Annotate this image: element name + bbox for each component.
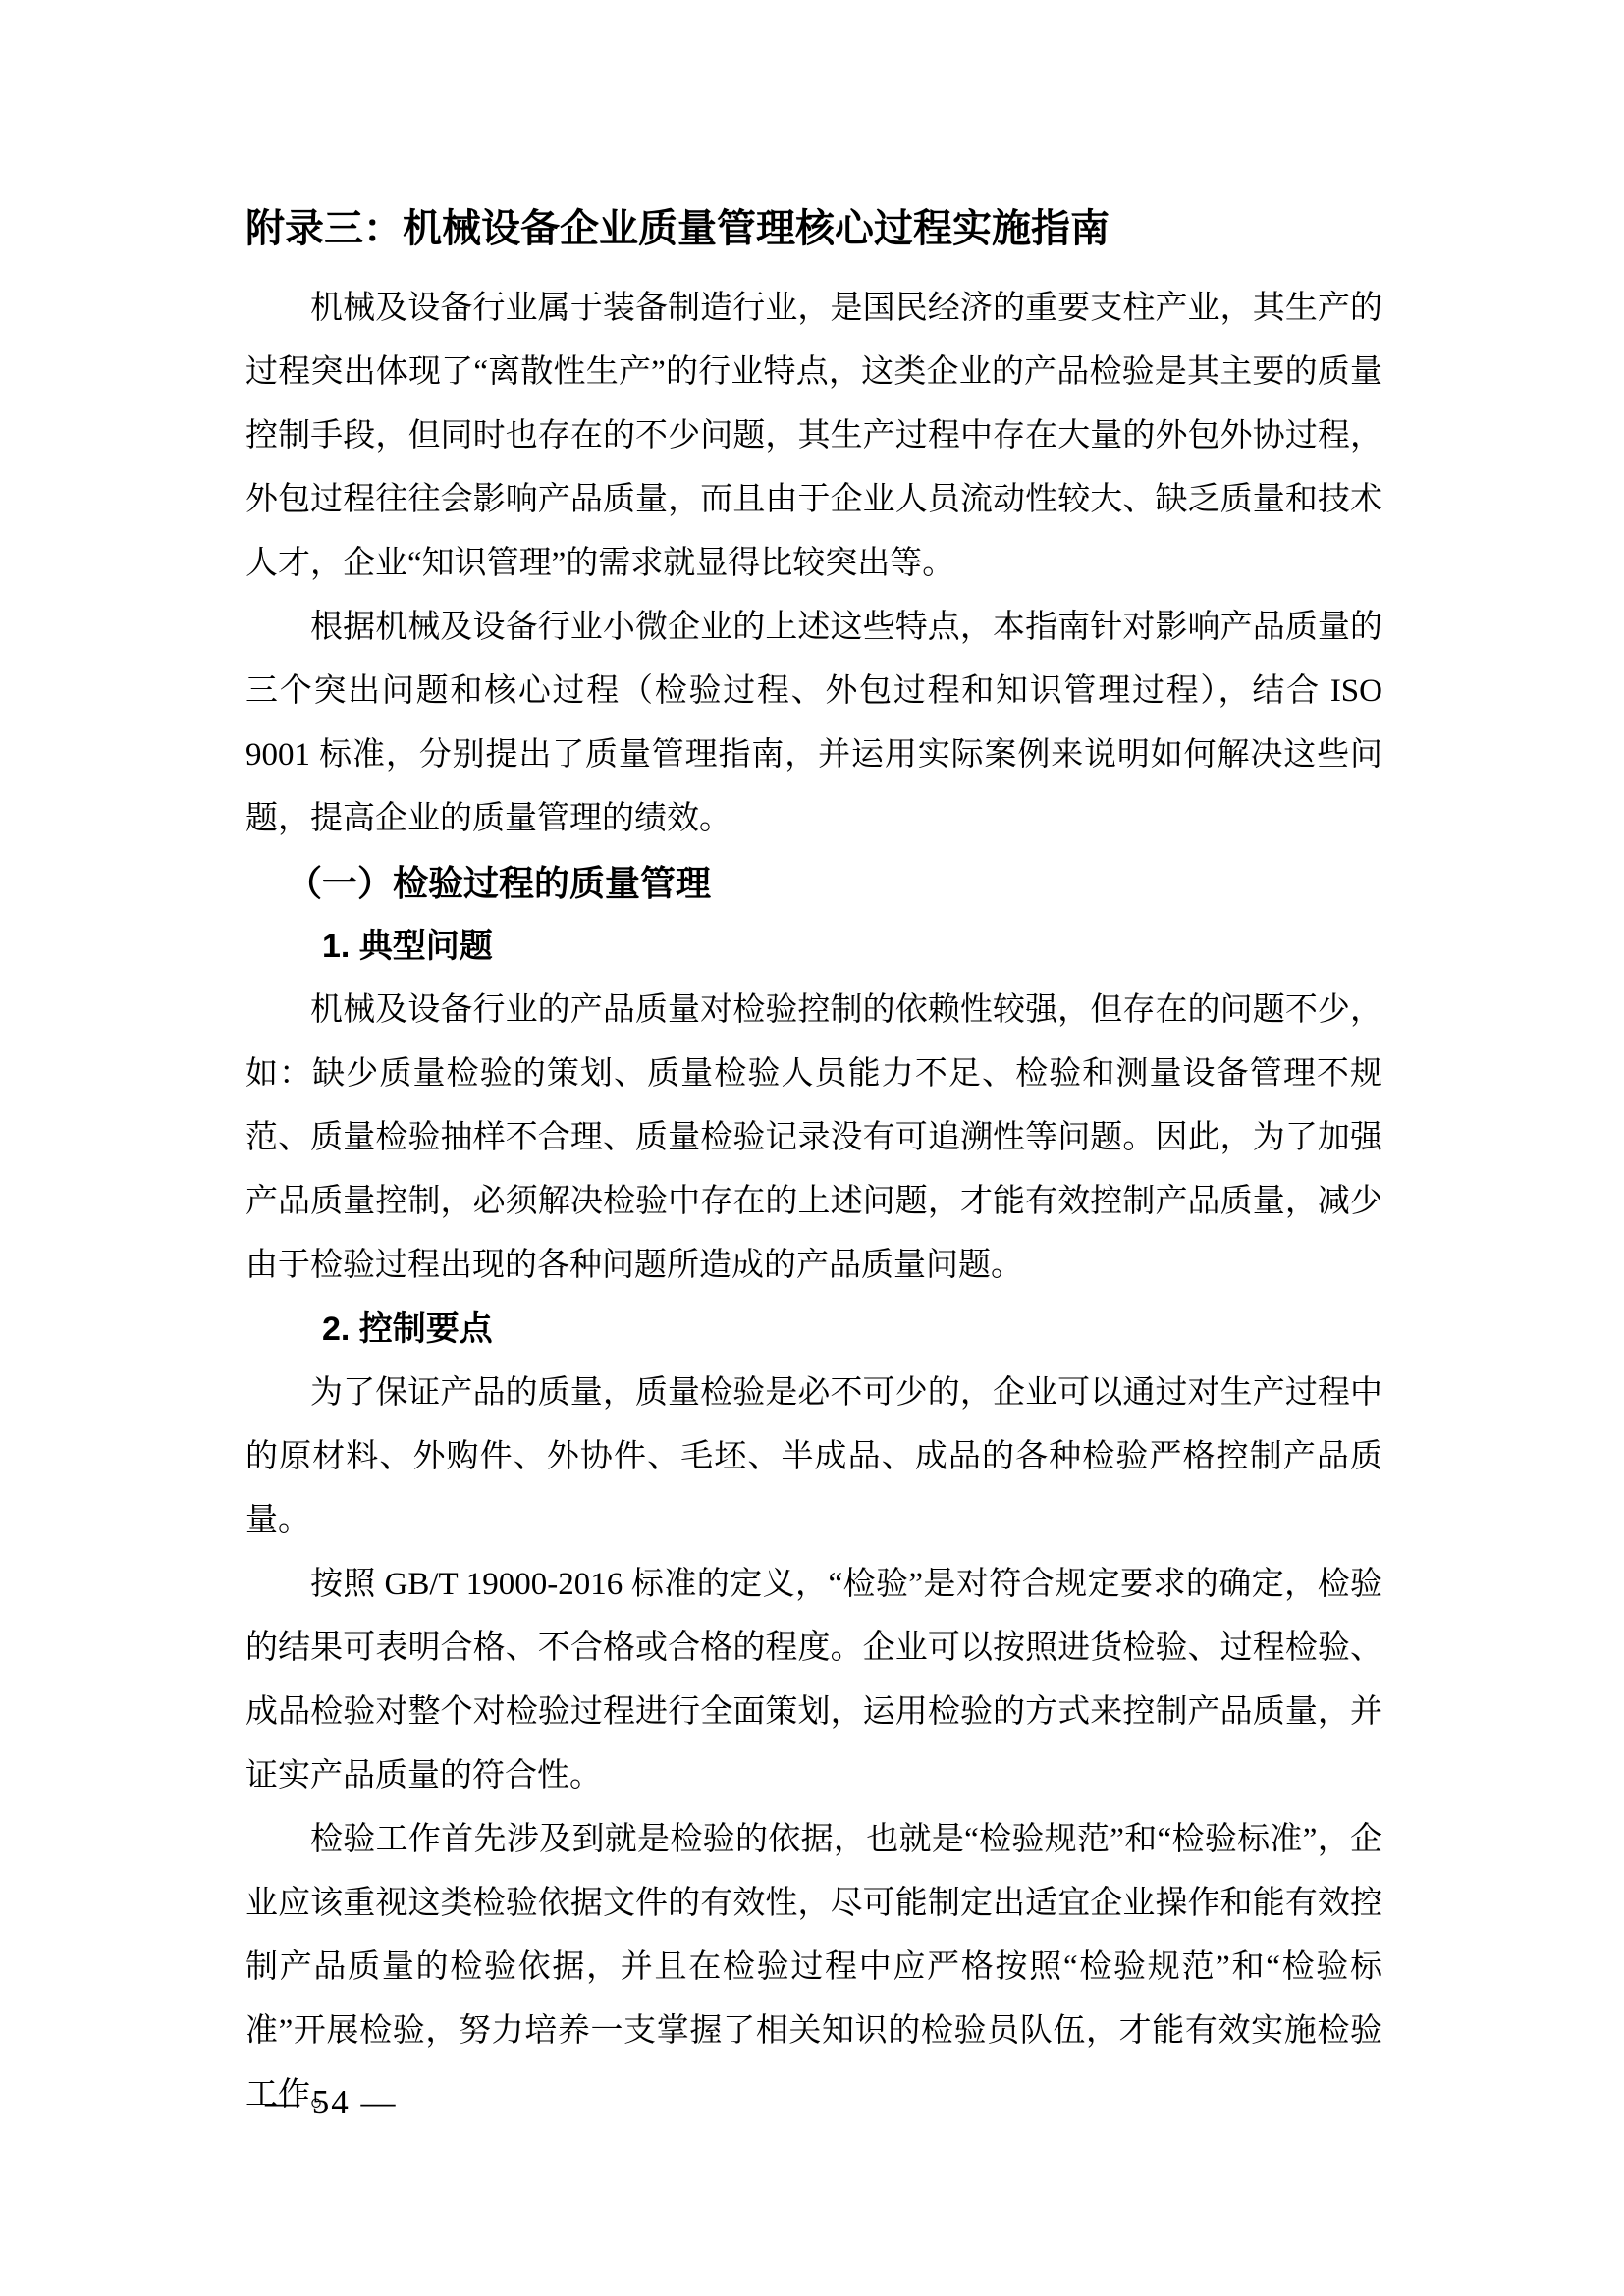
section-heading-inspection-process: （一）检验过程的质量管理 (245, 851, 1382, 915)
paragraph-gbt-standard-definition: 按照 GB/T 19000-2016 标准的定义，“检验”是对符合规定要求的确定… (245, 1553, 1382, 1808)
document-title: 附录三：机械设备企业质量管理核心过程实施指南 (245, 204, 1382, 253)
document-page: 附录三：机械设备企业质量管理核心过程实施指南 机械及设备行业属于装备制造行业，是… (0, 0, 1624, 2296)
paragraph-typical-problems: 机械及设备行业的产品质量对检验控制的依赖性较强，但存在的问题不少，如：缺少质量检… (245, 979, 1382, 1298)
paragraph-inspection-basis: 检验工作首先涉及到就是检验的依据，也就是“检验规范”和“检验标准”，企业应该重视… (245, 1808, 1382, 2127)
page-number: — 54 — (265, 2079, 398, 2126)
sub-heading-control-points: 2. 控制要点 (245, 1298, 1382, 1362)
paragraph-quality-inspection-necessity: 为了保证产品的质量，质量检验是必不可少的，企业可以通过对生产过程中的原材料、外购… (245, 1362, 1382, 1553)
sub-heading-typical-problems: 1. 典型问题 (245, 915, 1382, 979)
document-content: 附录三：机械设备企业质量管理核心过程实施指南 机械及设备行业属于装备制造行业，是… (245, 204, 1382, 2127)
paragraph-guide-purpose: 根据机械及设备行业小微企业的上述这些特点，本指南针对影响产品质量的三个突出问题和… (245, 596, 1382, 851)
paragraph-industry-overview: 机械及设备行业属于装备制造行业，是国民经济的重要支柱产业，其生产的过程突出体现了… (245, 277, 1382, 596)
